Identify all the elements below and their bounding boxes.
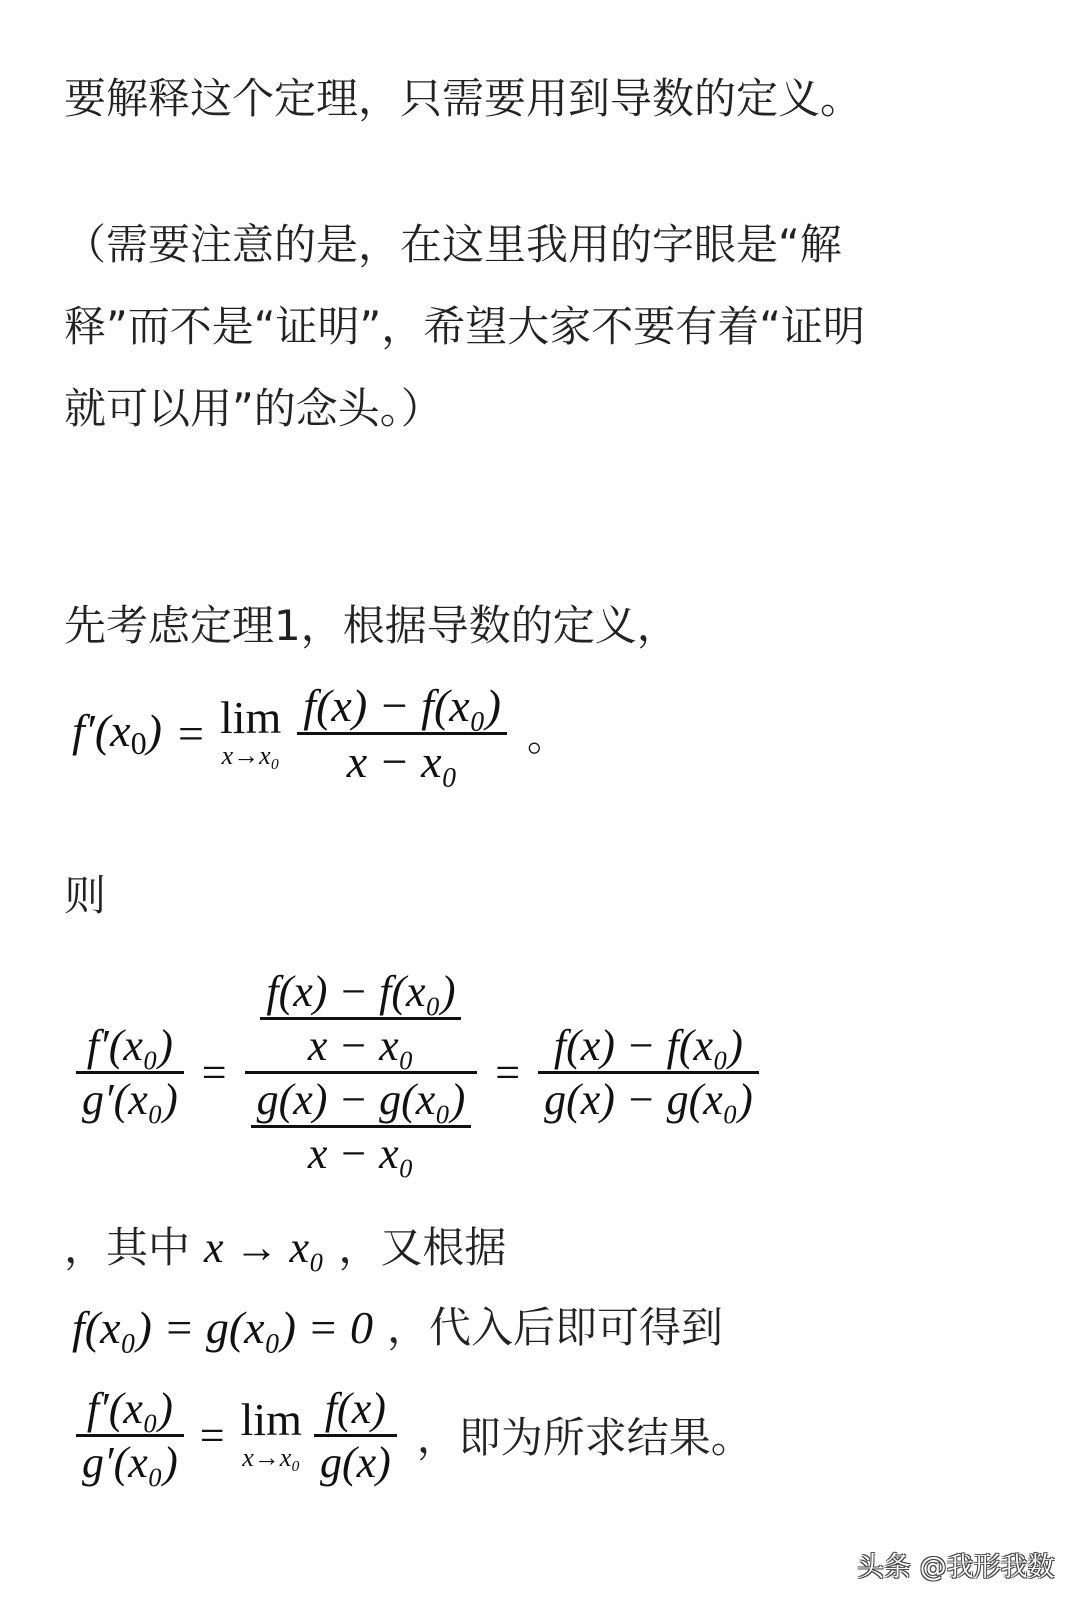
paragraph-where: ，其中 x → x₀ ，又根据 — [64, 1207, 506, 1289]
paragraph-theorem1: 先考虑定理1，根据导数的定义， — [64, 585, 964, 667]
formula-zero-condition: f(x₀) = g(x₀) = 0 — [72, 1287, 373, 1369]
paragraph-intro: 要解释这个定理，只需要用到导数的定义。 — [64, 58, 964, 140]
paragraph-note-line1: （需要注意的是，在这里我用的字眼是“解 — [64, 204, 964, 286]
watermark: 头条 @我形我数 — [857, 1545, 1055, 1584]
paragraph-note-line3: 就可以用”的念头。） — [64, 368, 964, 450]
paragraph-zero-condition: f(x₀) = g(x₀) = 0 ，代入后即可得到 — [72, 1287, 723, 1369]
equals-sign: = — [495, 1047, 520, 1098]
ratio-lhs: f′(x₀) g′(x₀) — [76, 1020, 184, 1125]
limit-operator: lim x→x₀ — [220, 695, 281, 771]
formula-limit-condition: x → x₀ — [204, 1207, 324, 1289]
equals-sign: = — [202, 1047, 227, 1098]
equals-sign: = — [178, 707, 204, 760]
period: 。 — [527, 705, 567, 762]
difference-quotient: f(x) − f(x₀) x − x₀ — [297, 679, 507, 788]
formula-derivative-definition: f′(x0) = lim x→x₀ f(x) − f(x₀) x − x₀ 。 — [72, 668, 567, 798]
formula-result: f′(x₀) g′(x₀) = lim x→x₀ f(x) g(x) — [76, 1383, 397, 1488]
paragraph-note-line2: 释”而不是“证明”，希望大家不要有着“证明 — [64, 286, 964, 368]
paragraph-then: 则 — [64, 855, 964, 937]
ratio-compound-fraction: f(x) − f(x₀) x − x₀ g(x) − g(x₀) x − x₀ — [245, 966, 478, 1179]
formula-ratio: f′(x₀) g′(x₀) = f(x) − f(x₀) x − x₀ g(x)… — [76, 935, 759, 1210]
paragraph-result: f′(x₀) g′(x₀) = lim x→x₀ f(x) g(x) ，即为所求… — [76, 1370, 753, 1500]
formula-lhs: f′(x0) — [72, 704, 162, 762]
ratio-rhs: f(x) − f(x₀) g(x) − g(x₀) — [538, 1020, 759, 1125]
